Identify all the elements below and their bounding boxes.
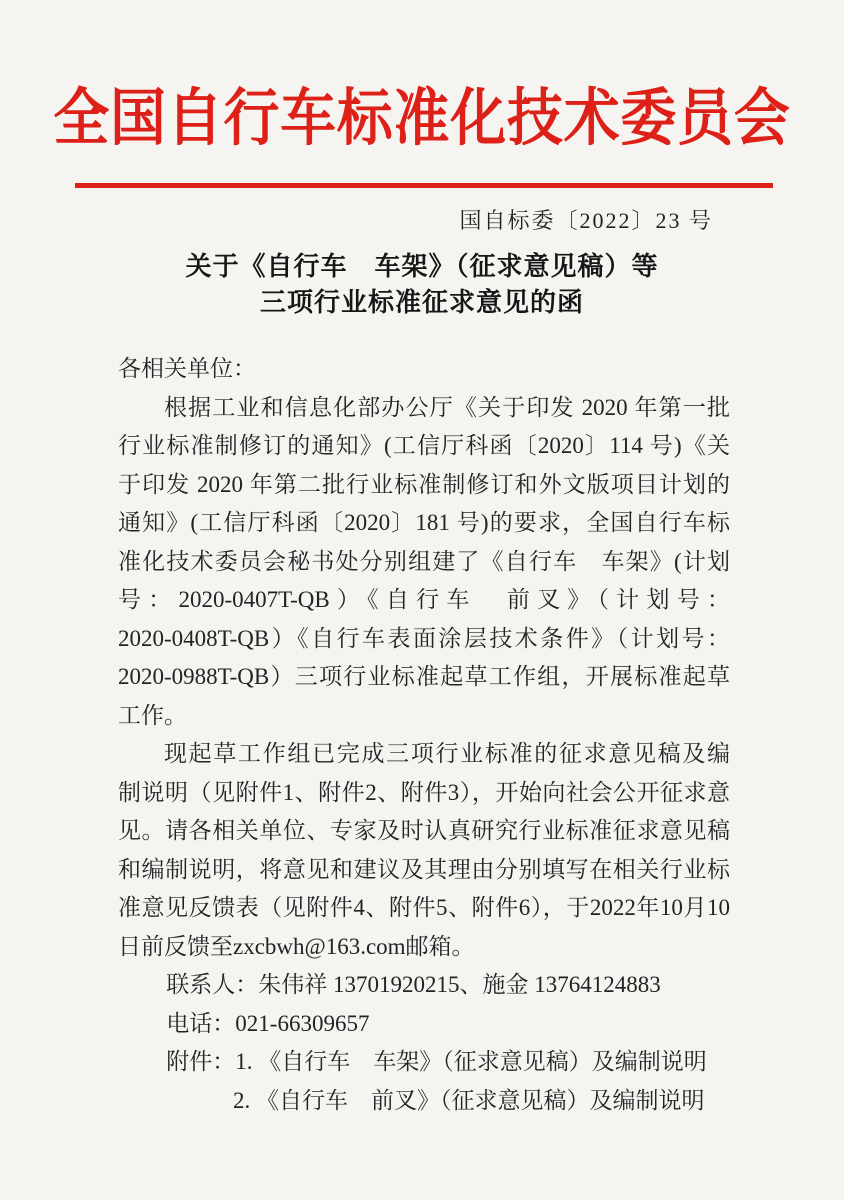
body-line: 行业标准制修订的通知》(工信厅科函〔2020〕114 号)《关 <box>118 427 730 466</box>
scanned-letter-page: 全国自行车标准化技术委员会 国自标委〔2022〕23 号 关于《自行车 车架》（… <box>0 0 844 1200</box>
body-line: 号：2020-0407T-QB）《自行车 前叉》（计划号： <box>118 581 730 620</box>
body-line: 和编制说明，将意见和建议及其理由分别填写在相关行业标 <box>118 851 730 890</box>
letter-body: 各相关单位： 根据工业和信息化部办公厅《关于印发 2020 年第一批 行业标准制… <box>118 350 730 1120</box>
body-line: 2020-0408T-QB）《自行车表面涂层技术条件》（计划号： <box>118 620 730 659</box>
body-line: 2020-0988T-QB）三项行业标准起草工作组，开展标准起草 <box>118 658 730 697</box>
body-line: 通知》(工信厅科函〔2020〕181 号)的要求，全国自行车标 <box>118 504 730 543</box>
attachment-item-2: 2. 《自行车 前叉》（征求意见稿）及编制说明 <box>118 1082 730 1121</box>
body-line: 工作。 <box>118 697 730 736</box>
salutation: 各相关单位： <box>118 350 730 389</box>
letterhead-org-title: 全国自行车标准化技术委员会 <box>42 88 802 150</box>
body-line: 于印发 2020 年第二批行业标准制修订和外文版项目计划的 <box>118 466 730 505</box>
body-line: 准意见反馈表（见附件4、附件5、附件6），于2022年10月10 <box>118 889 730 928</box>
body-line: 现起草工作组已完成三项行业标准的征求意见稿及编 <box>118 735 730 774</box>
feedback-deadline-line: 日前反馈至zxcbwh@163.com邮箱。 <box>118 928 730 967</box>
subject-line-2: 三项行业标准征求意见的函 <box>0 285 844 321</box>
body-line: 根据工业和信息化部办公厅《关于印发 2020 年第一批 <box>118 389 730 428</box>
body-line: 制说明（见附件1、附件2、附件3），开始向社会公开征求意 <box>118 774 730 813</box>
contact-persons-line: 联系人：朱伟祥 13701920215、施金 13764124883 <box>118 966 730 1005</box>
letter-subject: 关于《自行车 车架》（征求意见稿）等 三项行业标准征求意见的函 <box>0 249 844 321</box>
phone-line: 电话：021-66309657 <box>118 1005 730 1044</box>
subject-line-1: 关于《自行车 车架》（征求意见稿）等 <box>0 249 844 285</box>
body-line: 准化技术委员会秘书处分别组建了《自行车 车架》(计划 <box>118 543 730 582</box>
body-line: 见。请各相关单位、专家及时认真研究行业标准征求意见稿 <box>118 812 730 851</box>
letterhead-divider-rule <box>75 183 773 188</box>
attachment-item-1: 附件：1. 《自行车 车架》（征求意见稿）及编制说明 <box>118 1043 730 1082</box>
document-number: 国自标委〔2022〕23 号 <box>459 204 713 235</box>
